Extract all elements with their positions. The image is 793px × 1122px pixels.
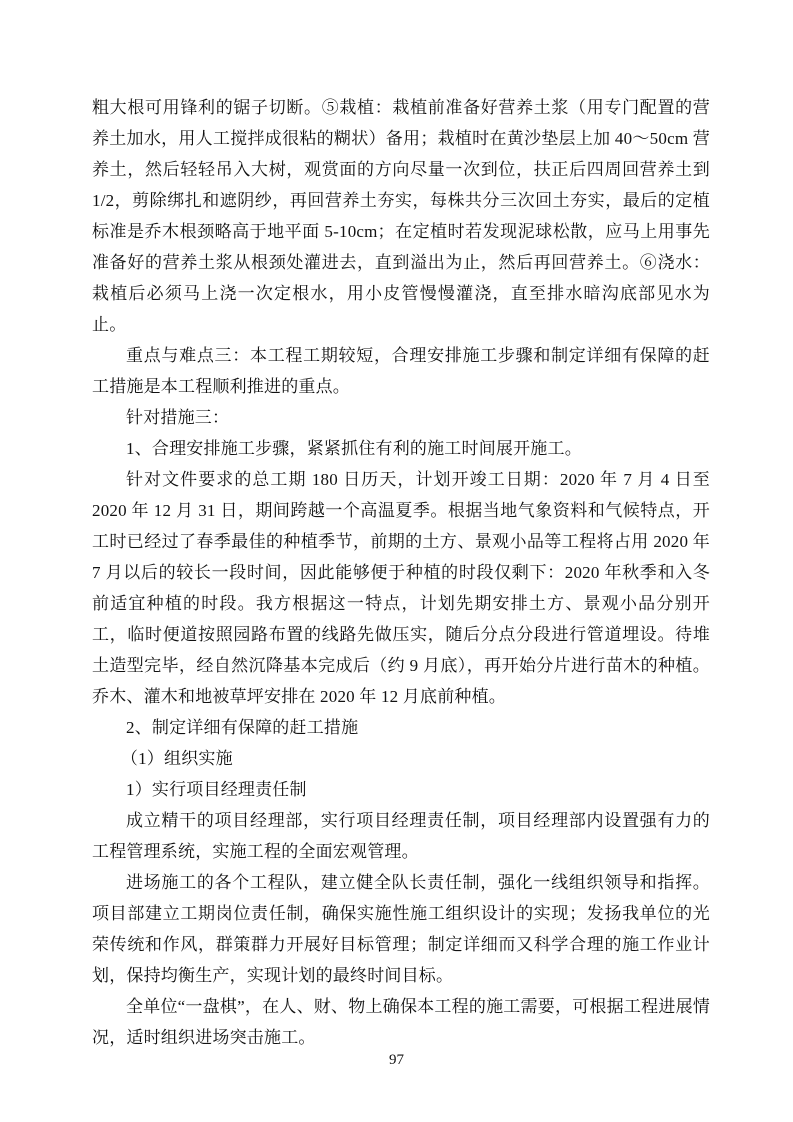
paragraph-team-responsibility: 进场施工的各个工程队，建立健全队长责任制，强化一线组织领导和指挥。项目部建立工期… bbox=[92, 867, 710, 991]
paragraph-planting-steps: 粗大根可用锋利的锯子切断。⑤栽植：栽植前准备好营养土浆（用专门配置的营养土加水，… bbox=[92, 92, 710, 340]
page-number: 97 bbox=[389, 1052, 404, 1068]
page-footer: 97 bbox=[0, 1050, 793, 1070]
paragraph-project-dept: 成立精干的项目经理部，实行项目经理责任制，项目经理部内设置强有力的工程管理系统，… bbox=[92, 805, 710, 867]
paragraph-item-1: 1、合理安排施工步骤，紧紧抓住有利的施工时间展开施工。 bbox=[92, 433, 710, 464]
document-page: 粗大根可用锋利的锯子切断。⑤栽植：栽植前准备好营养土浆（用专门配置的营养土加水，… bbox=[0, 0, 793, 1122]
paragraph-measures-3-heading: 针对措施三： bbox=[92, 402, 710, 433]
paragraph-schedule-plan: 针对文件要求的总工期 180 日历天，计划开竣工日期：2020 年 7 月 4 … bbox=[92, 464, 710, 712]
paragraph-whole-unit: 全单位“一盘棋”，在人、财、物上确保本工程的施工需要，可根据工程进展情况，适时组… bbox=[92, 991, 710, 1053]
paragraph-key-difficulty-3: 重点与难点三：本工程工期较短，合理安排施工步骤和制定详细有保障的赶工措施是本工程… bbox=[92, 340, 710, 402]
paragraph-item-2-1-1: 1）实行项目经理责任制 bbox=[92, 774, 710, 805]
paragraph-item-2-1: （1）组织实施 bbox=[92, 743, 710, 774]
paragraph-item-2: 2、制定详细有保障的赶工措施 bbox=[92, 712, 710, 743]
document-body: 粗大根可用锋利的锯子切断。⑤栽植：栽植前准备好营养土浆（用专门配置的营养土加水，… bbox=[92, 92, 710, 1053]
